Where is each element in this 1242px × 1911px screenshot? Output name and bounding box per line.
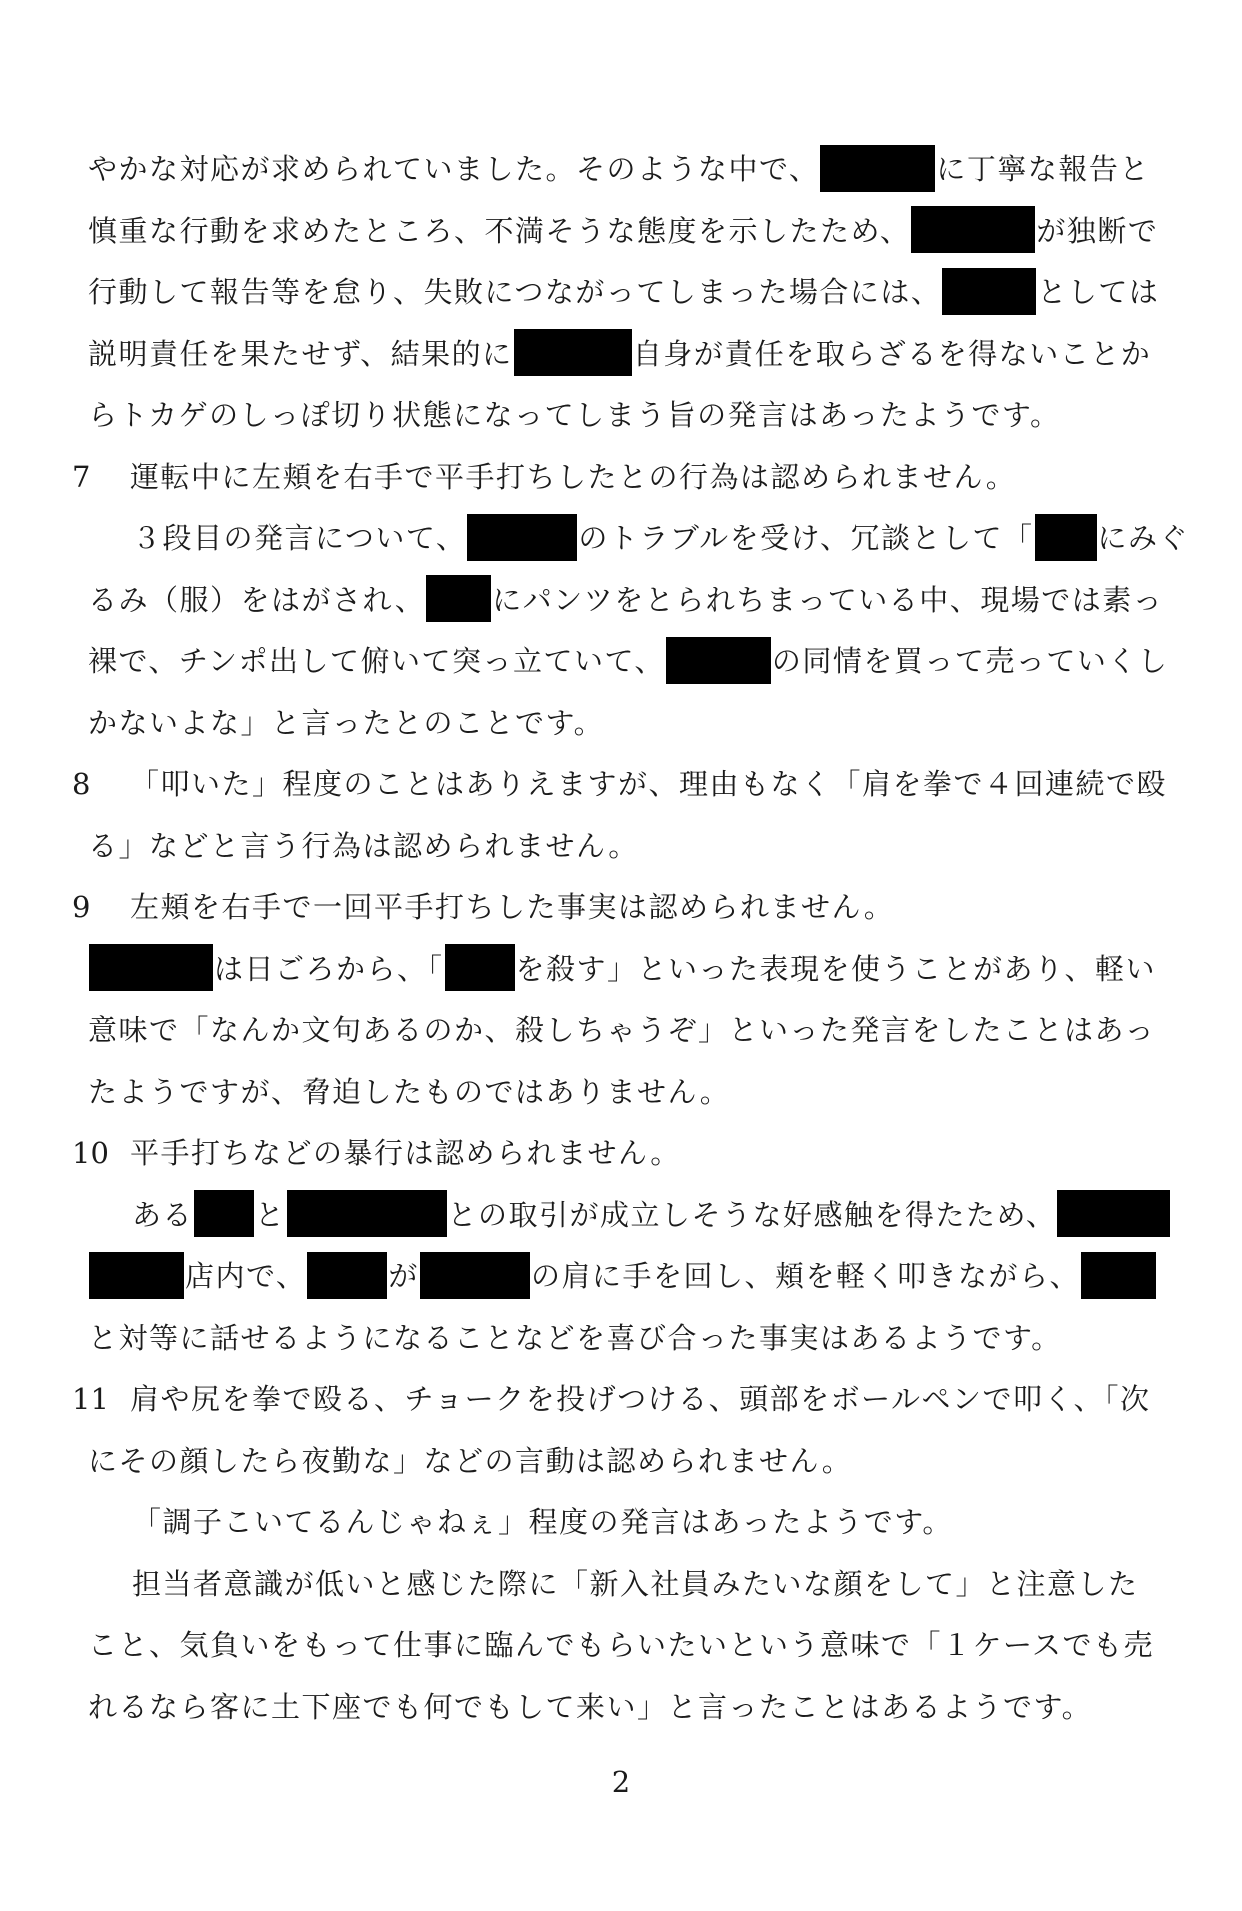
document-line: る」などと言う行為は認められません。 xyxy=(0,816,1242,878)
redaction-box xyxy=(445,944,515,991)
text-segment: る」などと言う行為は認められません。 xyxy=(88,829,639,863)
text-segment: の同情を買って売っていくし xyxy=(772,644,1169,678)
text-segment: との取引が成立しそうな好感触を得たため、 xyxy=(448,1198,1057,1232)
redaction-box xyxy=(820,145,935,192)
text-segment: と対等に話せるようになることなどを喜び合った事実はあるようです。 xyxy=(88,1321,1062,1355)
document-line: 11肩や尻を拳で殴る、チョークを投げつける、頭部をボールペンで叩く、「次 xyxy=(0,1369,1242,1431)
page-number: 2 xyxy=(0,1762,1242,1802)
document-line: 説明責任を果たせず、結果的に自身が責任を取らざるを得ないことか xyxy=(0,324,1242,386)
item-number: 11 xyxy=(72,1369,109,1431)
item-number: 8 xyxy=(72,754,90,816)
text-segment: 意味で「なんか文句あるのか、殺しちゃうぞ」といった発言をしたことはあっ xyxy=(88,1013,1155,1047)
text-segment: 肩や尻を拳で殴る、チョークを投げつける、頭部をボールペンで叩く、「次 xyxy=(130,1382,1150,1416)
redaction-box xyxy=(307,1252,387,1299)
document-line: かないよな」と言ったとのことです。 xyxy=(0,693,1242,755)
text-segment: としては xyxy=(1037,275,1159,309)
text-segment: と xyxy=(255,1198,286,1232)
text-segment: ある xyxy=(132,1198,193,1232)
document-line: あるととの取引が成立しそうな好感触を得たため、 xyxy=(0,1185,1242,1247)
text-segment: 平手打ちなどの暴行は認められません。 xyxy=(130,1136,681,1170)
document-line: れるなら客に土下座でも何でもして来い」と言ったことはあるようです。 xyxy=(0,1677,1242,1739)
text-segment: 説明責任を果たせず、結果的に xyxy=(88,337,513,371)
text-segment: 「叩いた」程度のことはありえますが、理由もなく「肩を拳で４回連続で殴 xyxy=(130,767,1167,801)
text-segment: 左頬を右手で一回平手打ちした事実は認められません。 xyxy=(130,890,894,924)
redaction-box xyxy=(1035,514,1097,561)
redaction-box xyxy=(911,206,1035,253)
text-segment: にその顔したら夜勤な」などの言動は認められません。 xyxy=(88,1444,852,1478)
text-segment: やかな対応が求められていました。そのような中で、 xyxy=(88,152,819,186)
document-line: 意味で「なんか文句あるのか、殺しちゃうぞ」といった発言をしたことはあっ xyxy=(0,1000,1242,1062)
document-line: こと、気負いをもって仕事に臨んでもらいたいという意味で「１ケースでも売 xyxy=(0,1615,1242,1677)
text-segment: こと、気負いをもって仕事に臨んでもらいたいという意味で「１ケースでも売 xyxy=(88,1628,1154,1662)
document-line: らトカゲのしっぽ切り状態になってしまう旨の発言はあったようです。 xyxy=(0,385,1242,447)
document-line: 10平手打ちなどの暴行は認められません。 xyxy=(0,1123,1242,1185)
redaction-box xyxy=(666,637,771,684)
text-segment: が独断で xyxy=(1036,214,1158,248)
document-line: 8「叩いた」程度のことはありえますが、理由もなく「肩を拳で４回連続で殴 xyxy=(0,754,1242,816)
redaction-box xyxy=(89,1252,184,1299)
text-segment: にみぐ xyxy=(1098,521,1190,555)
text-segment: るみ（服）をはがされ、 xyxy=(88,583,425,617)
item-number: 7 xyxy=(72,447,90,509)
document-line: 慎重な行動を求めたところ、不満そうな態度を示したため、が独断で xyxy=(0,201,1242,263)
text-segment: にパンツをとられちまっている中、現場では素っ xyxy=(492,583,1163,617)
text-segment: らトカゲのしっぽ切り状態になってしまう旨の発言はあったようです。 xyxy=(88,398,1061,432)
item-number: 10 xyxy=(72,1123,109,1185)
document-line: ３段目の発言について、のトラブルを受け、冗談として「にみぐ xyxy=(0,508,1242,570)
document-line: にその顔したら夜勤な」などの言動は認められません。 xyxy=(0,1431,1242,1493)
redaction-box xyxy=(426,575,491,622)
document-line: やかな対応が求められていました。そのような中で、に丁寧な報告と xyxy=(0,139,1242,201)
text-segment: を殺す」といった表現を使うことがあり、軽い xyxy=(516,952,1157,986)
redaction-box xyxy=(194,1190,254,1237)
document-line: 7運転中に左頬を右手で平手打ちしたとの行為は認められません。 xyxy=(0,447,1242,509)
document-line: るみ（服）をはがされ、にパンツをとられちまっている中、現場では素っ xyxy=(0,570,1242,632)
document-line: 担当者意識が低いと感じた際に「新入社員みたいな顔をして」と注意した xyxy=(0,1554,1242,1616)
redaction-box xyxy=(89,944,213,991)
document-line: 裸で、チンポ出して俯いて突っ立ていて、の同情を買って売っていくし xyxy=(0,631,1242,693)
text-segment: ３段目の発言について、 xyxy=(132,521,466,555)
text-segment: に丁寧な報告と xyxy=(936,152,1150,186)
text-segment: は日ごろから、「 xyxy=(214,952,444,986)
document-line: 店内で、がの肩に手を回し、頬を軽く叩きながら、 xyxy=(0,1246,1242,1308)
text-segment: 「調子こいてるんじゃねぇ」程度の発言はあったようです。 xyxy=(132,1505,953,1539)
redaction-box xyxy=(287,1190,447,1237)
text-segment: 店内で、 xyxy=(185,1259,306,1293)
document-line: たようですが、脅迫したものではありません。 xyxy=(0,1062,1242,1124)
text-segment: たようですが、脅迫したものではありません。 xyxy=(88,1075,730,1109)
document-line: 9左頬を右手で一回平手打ちした事実は認められません。 xyxy=(0,877,1242,939)
document-page: やかな対応が求められていました。そのような中で、に丁寧な報告と慎重な行動を求めた… xyxy=(0,0,1242,1911)
redaction-box xyxy=(1057,1190,1170,1237)
text-segment: のトラブルを受け、冗談として「 xyxy=(578,521,1033,555)
item-number: 9 xyxy=(72,877,90,939)
text-segment: 自身が責任を取らざるを得ないことか xyxy=(633,337,1152,371)
text-segment: 慎重な行動を求めたところ、不満そうな態度を示したため、 xyxy=(88,214,910,248)
text-segment: れるなら客に土下座でも何でもして来い」と言ったことはあるようです。 xyxy=(88,1690,1092,1724)
document-line: 行動して報告等を怠り、失敗につながってしまった場合には、としては xyxy=(0,262,1242,324)
text-segment: の肩に手を回し、頬を軽く叩きながら、 xyxy=(531,1259,1080,1293)
document-line: は日ごろから、「を殺す」といった表現を使うことがあり、軽い xyxy=(0,939,1242,1001)
text-segment: かないよな」と言ったとのことです。 xyxy=(88,706,604,740)
redaction-box xyxy=(514,329,632,376)
redaction-box xyxy=(1081,1252,1156,1299)
text-segment: 担当者意識が低いと感じた際に「新入社員みたいな顔をして」と注意した xyxy=(132,1567,1139,1601)
text-segment: 裸で、チンポ出して俯いて突っ立ていて、 xyxy=(88,644,665,678)
redaction-box xyxy=(420,1252,530,1299)
redaction-box xyxy=(942,268,1036,315)
document-line: 「調子こいてるんじゃねぇ」程度の発言はあったようです。 xyxy=(0,1492,1242,1554)
text-segment: 運転中に左頬を右手で平手打ちしたとの行為は認められません。 xyxy=(130,460,1016,494)
text-segment: が xyxy=(388,1259,419,1293)
document-line: と対等に話せるようになることなどを喜び合った事実はあるようです。 xyxy=(0,1308,1242,1370)
document-lines: やかな対応が求められていました。そのような中で、に丁寧な報告と慎重な行動を求めた… xyxy=(0,0,1242,1738)
redaction-box xyxy=(467,514,577,561)
text-segment: 行動して報告等を怠り、失敗につながってしまった場合には、 xyxy=(88,275,941,309)
